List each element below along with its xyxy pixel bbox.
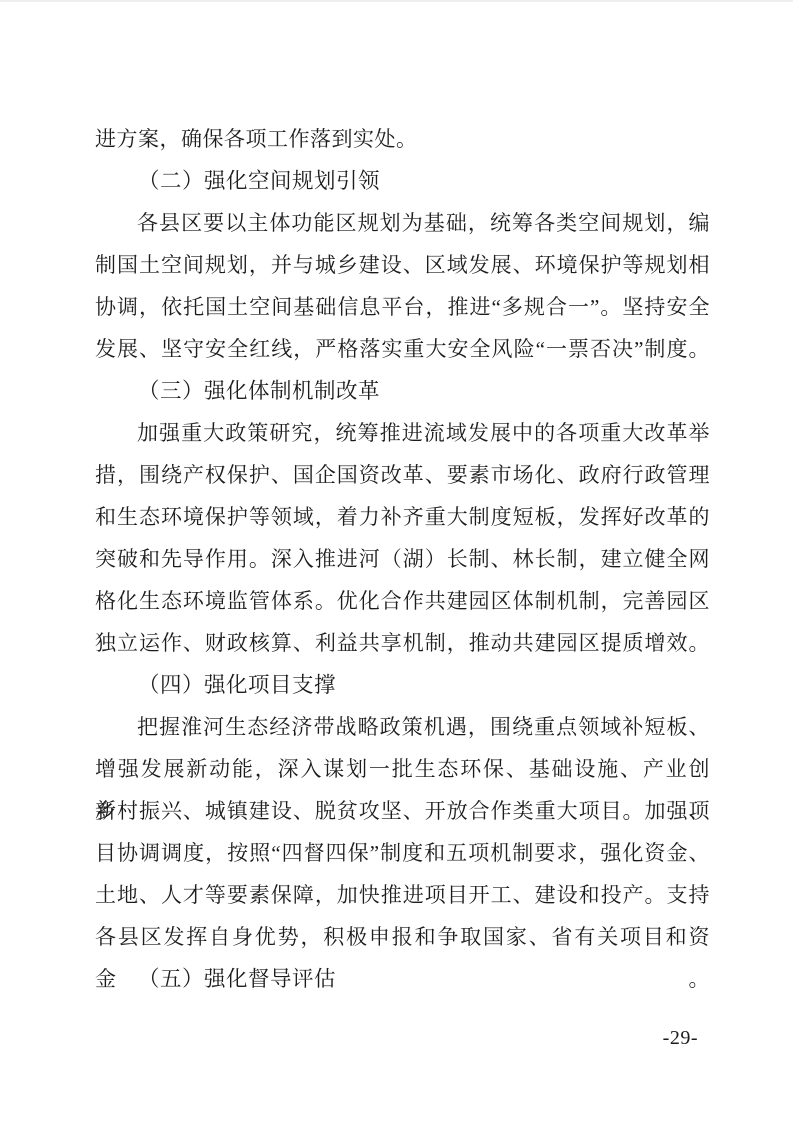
body-line: 发展、坚守安全红线，严格落实重大安全风险“一票否决”制度。 [95,328,710,370]
body-line: 增强发展新动能，深入谋划一批生态环保、基础设施、产业创新、 [95,748,710,790]
body-line: 把握淮河生态经济带战略政策机遇，围绕重点领域补短板、 [95,706,710,748]
body-line: 突破和先导作用。深入推进河（湖）长制、林长制，建立健全网 [95,538,710,580]
body-line: 制国土空间规划，并与城乡建设、区域发展、环境保护等规划相 [95,244,710,286]
body-line: 格化生态环境监管体系。优化合作共建园区体制机制，完善园区 [95,580,710,622]
section-heading: （四）强化项目支撑 [95,664,710,706]
body-line: 各县区要以主体功能区规划为基础，统筹各类空间规划，编 [95,202,710,244]
body-line: 加强重大政策研究，统筹推进流域发展中的各项重大改革举 [95,412,710,454]
body-line: 和生态环境保护等领域，着力补齐重大制度短板，发挥好改革的 [95,496,710,538]
body-line: 措，围绕产权保护、国企国资改革、要素市场化、政府行政管理 [95,454,710,496]
body-line: 协调，依托国土空间基础信息平台，推进“多规合一”。坚持安全 [95,286,710,328]
body-line: 独立运作、财政核算、利益共享机制，推动共建园区提质增效。 [95,622,710,664]
document-text-block: 进方案，确保各项工作落到实处。 （二）强化空间规划引领 各县区要以主体功能区规划… [95,118,710,1000]
page-top-edge [0,0,793,2]
body-line: 进方案，确保各项工作落到实处。 [95,118,710,160]
document-page: 进方案，确保各项工作落到实处。 （二）强化空间规划引领 各县区要以主体功能区规划… [0,0,793,1122]
section-heading: （二）强化空间规划引领 [95,160,710,202]
body-line: 乡村振兴、城镇建设、脱贫攻坚、开放合作类重大项目。加强项 [95,790,710,832]
page-number: -29- [663,1026,698,1050]
body-line: 各县区发挥自身优势，积极申报和争取国家、省有关项目和资金。 [95,916,710,958]
body-line: 土地、人才等要素保障，加快推进项目开工、建设和投产。支持 [95,874,710,916]
section-heading: （三）强化体制机制改革 [95,370,710,412]
body-line: 目协调调度，按照“四督四保”制度和五项机制要求，强化资金、 [95,832,710,874]
